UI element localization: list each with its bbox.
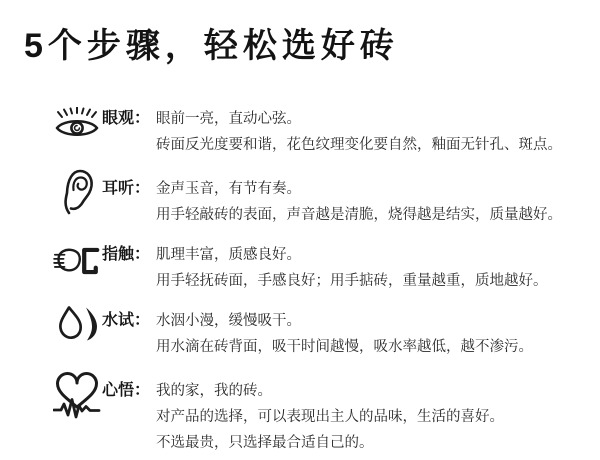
step-text: 耳听：金声玉音，有节有奏。 用手轻敲砖的表面，声音越是清脆，烧得越是结实，质量越… (102, 176, 562, 228)
step-text: 指触：肌理丰富，质感良好。 用手轻抚砖面，手感良好；用手掂砖，重量越重，质地越好… (102, 242, 548, 294)
step-row: 耳听：金声玉音，有节有奏。 用手轻敲砖的表面，声音越是清脆，烧得越是结实，质量越… (52, 176, 586, 228)
eye-icon (52, 106, 102, 141)
step-headline: 眼前一亮，直动心弦。 (156, 111, 301, 127)
step-label: 心悟： (102, 382, 150, 399)
step-label: 耳听： (102, 180, 150, 197)
step-row: 水试：水洇小漫，缓慢吸干。 用水滴在砖背面，吸干时间越慢，吸水率越低，越不渗污。 (52, 308, 586, 360)
step-label: 指触： (102, 246, 150, 263)
water-drops-icon (52, 308, 102, 342)
step-headline: 水洇小漫，缓慢吸干。 (156, 313, 301, 329)
step-text: 心悟：我的家，我的砖。 对产品的选择，可以表现出主人的品味，生活的喜好。不选最贵… (102, 378, 504, 456)
step-detail-line: 不选最贵，只选择最合适自己的。 (102, 430, 504, 456)
step-detail-line: 用手轻敲砖的表面，声音越是清脆，烧得越是结实，质量越好。 (102, 202, 562, 228)
page-title: 5个步骤，轻松选好砖 (24, 18, 399, 67)
step-row: 眼观：眼前一亮，直动心弦。 砖面反光度要和谐，花色纹理变化要自然，釉面无针孔、斑… (52, 106, 586, 158)
step-text: 眼观：眼前一亮，直动心弦。 砖面反光度要和谐，花色纹理变化要自然，釉面无针孔、斑… (102, 106, 562, 158)
step-label: 眼观： (102, 110, 150, 127)
fist-knock-icon (52, 242, 102, 277)
step-headline: 肌理丰富，质感良好。 (156, 247, 301, 263)
step-row: 心悟：我的家，我的砖。 对产品的选择，可以表现出主人的品味，生活的喜好。不选最贵… (52, 378, 586, 456)
step-detail-line: 对产品的选择，可以表现出主人的品味，生活的喜好。 (102, 404, 504, 430)
step-text: 水试：水洇小漫，缓慢吸干。 用水滴在砖背面，吸干时间越慢，吸水率越低，越不渗污。 (102, 308, 533, 360)
heart-pulse-icon (52, 378, 102, 421)
step-detail-line: 砖面反光度要和谐，花色纹理变化要自然，釉面无针孔、斑点。 (102, 132, 562, 158)
step-detail-line: 用水滴在砖背面，吸干时间越慢，吸水率越低，越不渗污。 (102, 334, 533, 360)
step-headline: 金声玉音，有节有奏。 (156, 181, 301, 197)
step-headline: 我的家，我的砖。 (156, 383, 272, 399)
step-detail-line: 用手轻抚砖面，手感良好；用手掂砖，重量越重，质地越好。 (102, 268, 548, 294)
step-label: 水试： (102, 312, 150, 329)
step-row: 指触：肌理丰富，质感良好。 用手轻抚砖面，手感良好；用手掂砖，重量越重，质地越好… (52, 242, 586, 294)
ear-icon (52, 176, 102, 216)
